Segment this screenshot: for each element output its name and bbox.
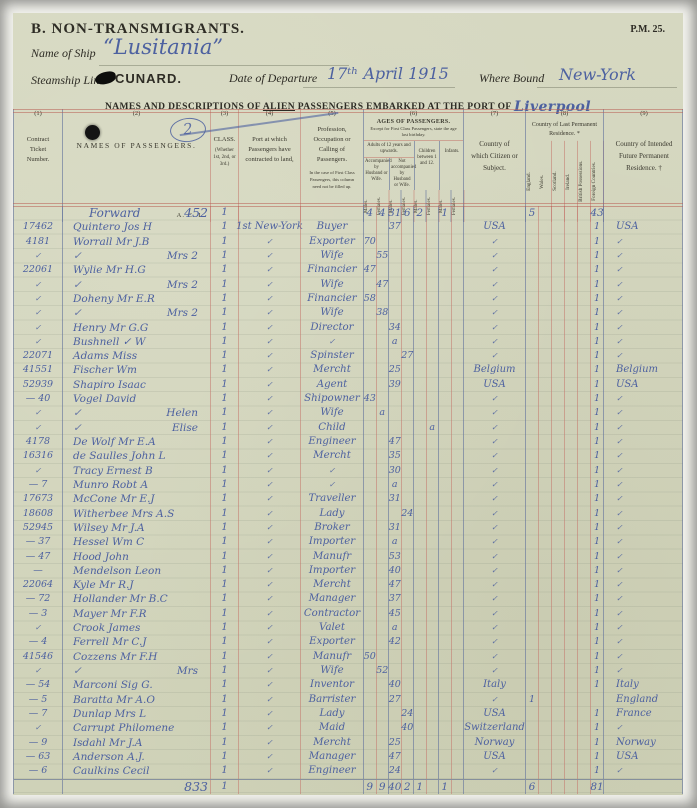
name-cell: Forward452 bbox=[62, 206, 210, 220]
age-cell: 1 bbox=[438, 206, 451, 220]
residence-cell bbox=[551, 621, 564, 635]
age-cell bbox=[376, 621, 389, 635]
name-cell: Marconi Sig G. bbox=[62, 678, 210, 692]
residence-cell bbox=[564, 578, 577, 592]
age-cell bbox=[438, 478, 451, 492]
residence-cell bbox=[538, 335, 551, 349]
profession-cell: Lady bbox=[300, 507, 363, 521]
class-cell: 1 bbox=[210, 478, 238, 492]
age-cell bbox=[426, 306, 439, 320]
residence-cell bbox=[525, 421, 538, 435]
residence-cell bbox=[551, 564, 564, 578]
residence-cell bbox=[564, 750, 577, 764]
age-cell bbox=[413, 249, 426, 263]
residence-cell bbox=[551, 321, 564, 335]
age-cell bbox=[363, 421, 376, 435]
age-cell bbox=[451, 406, 464, 420]
age-cell bbox=[388, 278, 401, 292]
age-cell bbox=[401, 392, 414, 406]
class-cell: 1 bbox=[210, 721, 238, 735]
class-cell: 1 bbox=[210, 363, 238, 377]
residence-cell bbox=[551, 478, 564, 492]
class-cell: 1 bbox=[210, 764, 238, 778]
residence-cell bbox=[551, 392, 564, 406]
port-cell: ✓ bbox=[238, 721, 300, 735]
residence-cell: 81 bbox=[590, 780, 603, 794]
residence-cell bbox=[577, 780, 590, 794]
residence-cell bbox=[538, 378, 551, 392]
age-cell bbox=[426, 249, 439, 263]
citizen-cell bbox=[463, 206, 525, 220]
residence-cell bbox=[564, 507, 577, 521]
age-cell bbox=[401, 550, 414, 564]
port-cell: ✓ bbox=[238, 478, 300, 492]
residence-cell bbox=[577, 635, 590, 649]
age-cell bbox=[413, 621, 426, 635]
ticket-cell: — 72 bbox=[14, 592, 62, 606]
residence-cell bbox=[577, 335, 590, 349]
age-cell bbox=[363, 335, 376, 349]
age-cell bbox=[451, 592, 464, 606]
age-cell bbox=[401, 235, 414, 249]
age-cell bbox=[413, 335, 426, 349]
residence-cell bbox=[551, 635, 564, 649]
age-cell bbox=[413, 707, 426, 721]
age-cell bbox=[426, 607, 439, 621]
residence-cell bbox=[577, 721, 590, 735]
age-cell bbox=[388, 263, 401, 277]
residence-cell bbox=[551, 578, 564, 592]
residence-cell bbox=[577, 707, 590, 721]
citizen-cell: ✓ bbox=[463, 578, 525, 592]
age-cell bbox=[363, 321, 376, 335]
age-cell bbox=[413, 220, 426, 234]
residence-cell: 1 bbox=[590, 550, 603, 564]
residence-cell bbox=[525, 363, 538, 377]
age-cell bbox=[376, 263, 389, 277]
class-cell: 1 bbox=[210, 521, 238, 535]
profession-cell: ✓ bbox=[300, 478, 363, 492]
age-cell bbox=[401, 321, 414, 335]
intended-cell: ✓ bbox=[603, 421, 684, 435]
age-cell bbox=[426, 435, 439, 449]
residence-cell bbox=[538, 435, 551, 449]
age-cell bbox=[451, 206, 464, 220]
residence-cell bbox=[525, 220, 538, 234]
age-cell bbox=[451, 263, 464, 277]
age-cell bbox=[451, 664, 464, 678]
age-cell bbox=[426, 550, 439, 564]
name-cell: ✓Mrs bbox=[62, 664, 210, 678]
residence-cell bbox=[577, 263, 590, 277]
age-cell bbox=[401, 249, 414, 263]
adults-label: Adults of 12 years and upwards. bbox=[364, 141, 414, 158]
intended-cell: ✓ bbox=[603, 607, 684, 621]
residence-cell: 1 bbox=[590, 335, 603, 349]
age-cell bbox=[376, 492, 389, 506]
age-cell bbox=[413, 521, 426, 535]
age-cell bbox=[426, 764, 439, 778]
age-cell: 50 bbox=[363, 650, 376, 664]
age-cell bbox=[438, 235, 451, 249]
age-cell bbox=[451, 392, 464, 406]
age-cell bbox=[401, 578, 414, 592]
table-row: — 37Hessel Wm C1✓Importera✓1✓ bbox=[14, 535, 682, 549]
residence-cell bbox=[551, 507, 564, 521]
age-cell bbox=[401, 435, 414, 449]
class-cell: 1 bbox=[210, 206, 238, 220]
residence-cell bbox=[551, 750, 564, 764]
name-cell: Witherbee Mrs A.S bbox=[62, 507, 210, 521]
residence-cell bbox=[577, 421, 590, 435]
residence-cell: 1 bbox=[590, 678, 603, 692]
residence-cell bbox=[564, 464, 577, 478]
residence-cell bbox=[564, 206, 577, 220]
ticket-cell: — 6 bbox=[14, 764, 62, 778]
age-cell bbox=[438, 693, 451, 707]
table-row: — 47Hood John1✓Manufr53✓1✓ bbox=[14, 550, 682, 564]
ticket-cell: 17673 bbox=[14, 492, 62, 506]
profession-cell: Wife bbox=[300, 664, 363, 678]
age-cell bbox=[363, 449, 376, 463]
residence-cell: 1 bbox=[590, 750, 603, 764]
port-cell: ✓ bbox=[238, 406, 300, 420]
age-cell bbox=[451, 435, 464, 449]
residence-cell bbox=[525, 335, 538, 349]
class-cell: 1 bbox=[210, 621, 238, 635]
residence-cell bbox=[538, 564, 551, 578]
age-cell bbox=[413, 535, 426, 549]
table-row: — 7Dunlap Mrs L1✓Lady24USA1France bbox=[14, 707, 682, 721]
table-row: — 7Munro Robt A1✓✓a✓1✓ bbox=[14, 478, 682, 492]
age-cell bbox=[388, 421, 401, 435]
ticket-cell: ✓ bbox=[14, 621, 62, 635]
age-cell bbox=[363, 535, 376, 549]
age-cell bbox=[413, 764, 426, 778]
name-cell: Hollander Mr B.C bbox=[62, 592, 210, 606]
residence-cell bbox=[525, 664, 538, 678]
red-rule bbox=[13, 112, 683, 113]
citizen-cell: ✓ bbox=[463, 650, 525, 664]
age-cell bbox=[388, 349, 401, 363]
age-cell bbox=[451, 650, 464, 664]
age-cell bbox=[451, 750, 464, 764]
age-cell bbox=[438, 349, 451, 363]
name-cell: Vogel David bbox=[62, 392, 210, 406]
residence-cell bbox=[551, 378, 564, 392]
age-cell bbox=[426, 335, 439, 349]
age-cell bbox=[413, 306, 426, 320]
age-cell: 34 bbox=[388, 321, 401, 335]
residence-cell: 1 bbox=[590, 507, 603, 521]
age-cell bbox=[426, 292, 439, 306]
age-cell bbox=[451, 764, 464, 778]
class-cell: 1 bbox=[210, 306, 238, 320]
residence-cell bbox=[538, 721, 551, 735]
age-cell bbox=[388, 707, 401, 721]
age-cell bbox=[426, 278, 439, 292]
age-cell: 24 bbox=[388, 764, 401, 778]
residence-cell bbox=[564, 392, 577, 406]
residence-cell bbox=[577, 278, 590, 292]
class-cell: 1 bbox=[210, 678, 238, 692]
residence-cell bbox=[551, 607, 564, 621]
ticket-cell: 52945 bbox=[14, 521, 62, 535]
rule-line bbox=[537, 87, 677, 88]
age-cell bbox=[426, 564, 439, 578]
age-cell bbox=[363, 363, 376, 377]
intended-cell: ✓ bbox=[603, 592, 684, 606]
ticket-cell: — 40 bbox=[14, 392, 62, 406]
port-cell: ✓ bbox=[238, 278, 300, 292]
age-cell bbox=[388, 721, 401, 735]
name-cell: Mendelson Leon bbox=[62, 564, 210, 578]
adults-group: Adults of 12 years and upwards. Accompan… bbox=[364, 141, 414, 190]
ages-note: Except for First Class Passengers, state… bbox=[364, 125, 463, 141]
age-cell bbox=[363, 764, 376, 778]
name-cell: ✓Helen bbox=[62, 406, 210, 420]
port-cell: ✓ bbox=[238, 678, 300, 692]
residence-cell: 1 bbox=[590, 421, 603, 435]
citizen-cell: USA bbox=[463, 378, 525, 392]
residence-cell: 1 bbox=[590, 736, 603, 750]
profession-cell: Wife bbox=[300, 306, 363, 320]
residence-cell bbox=[551, 278, 564, 292]
age-cell bbox=[376, 764, 389, 778]
class-cell: 1 bbox=[210, 464, 238, 478]
residence-cell bbox=[525, 535, 538, 549]
intended-cell: Belgium bbox=[603, 363, 684, 377]
profession-cell: Wife bbox=[300, 406, 363, 420]
age-cell bbox=[363, 707, 376, 721]
residence-cell bbox=[577, 564, 590, 578]
name-cell: de Saulles John L bbox=[62, 449, 210, 463]
name-cell: De Wolf Mr E.A bbox=[62, 435, 210, 449]
residence-cell bbox=[577, 764, 590, 778]
residence-cell bbox=[564, 535, 577, 549]
residence-cell bbox=[551, 306, 564, 320]
age-cell bbox=[363, 693, 376, 707]
ship-name-handwritten: “Lusitania” bbox=[103, 35, 223, 59]
age-cell bbox=[451, 693, 464, 707]
residence-cell bbox=[551, 592, 564, 606]
residence-cell bbox=[564, 707, 577, 721]
intended-cell bbox=[603, 780, 684, 794]
age-cell bbox=[363, 635, 376, 649]
intended-cell: USA bbox=[603, 220, 684, 234]
age-cell bbox=[426, 750, 439, 764]
age-cell bbox=[451, 321, 464, 335]
profession-cell: Manufr bbox=[300, 650, 363, 664]
profession-cell: Financier bbox=[300, 292, 363, 306]
residence-cell bbox=[577, 678, 590, 692]
age-cell bbox=[401, 535, 414, 549]
age-cell bbox=[376, 392, 389, 406]
table-row: 4181Worrall Mr J.B1✓Exporter70✓1✓ bbox=[14, 235, 682, 249]
residence-cell bbox=[551, 206, 564, 220]
ticket-cell: — 9 bbox=[14, 736, 62, 750]
age-cell bbox=[413, 664, 426, 678]
port-cell bbox=[238, 780, 300, 794]
port-cell: ✓ bbox=[238, 449, 300, 463]
residence-cell bbox=[590, 693, 603, 707]
residence-cell bbox=[525, 449, 538, 463]
age-cell bbox=[426, 220, 439, 234]
table-row: — 72Hollander Mr B.C1✓Manager37✓1✓ bbox=[14, 592, 682, 606]
rule-line bbox=[303, 87, 455, 88]
age-cell bbox=[426, 363, 439, 377]
intended-cell: Norway bbox=[603, 736, 684, 750]
residence-cell bbox=[525, 736, 538, 750]
name-cell: Hood John bbox=[62, 550, 210, 564]
age-cell: 37 bbox=[388, 592, 401, 606]
ticket-cell: ✓ bbox=[14, 664, 62, 678]
residence-cell bbox=[564, 235, 577, 249]
profession-cell: Manufr bbox=[300, 550, 363, 564]
port-cell: ✓ bbox=[238, 378, 300, 392]
table-row: — 5Baratta Mr A.O1✓Barrister27✓1England bbox=[14, 693, 682, 707]
ticket-cell: 22071 bbox=[14, 349, 62, 363]
residence-cell bbox=[551, 220, 564, 234]
age-cell: 52 bbox=[376, 664, 389, 678]
age-cell: 47 bbox=[376, 278, 389, 292]
table-row: ✓Carrupt Philomene1✓Maid40Switzerland1✓ bbox=[14, 721, 682, 735]
class-cell: 1 bbox=[210, 278, 238, 292]
ticket-cell: — 47 bbox=[14, 550, 62, 564]
age-cell bbox=[438, 736, 451, 750]
class-cell: 1 bbox=[210, 507, 238, 521]
citizen-cell: USA bbox=[463, 750, 525, 764]
residence-cell: 1 bbox=[590, 492, 603, 506]
table-row: ✓✓Helen1✓Wifea✓1✓ bbox=[14, 406, 682, 420]
port-cell bbox=[238, 206, 300, 220]
residence-cell bbox=[525, 650, 538, 664]
residence-cell bbox=[525, 278, 538, 292]
citizen-cell: ✓ bbox=[463, 507, 525, 521]
age-cell bbox=[401, 736, 414, 750]
residence-cell bbox=[564, 721, 577, 735]
age-cell bbox=[451, 378, 464, 392]
residence-cell: 1 bbox=[590, 220, 603, 234]
residence-cell bbox=[551, 449, 564, 463]
citizen-cell: Norway bbox=[463, 736, 525, 750]
residence-cell bbox=[551, 707, 564, 721]
residence-cell bbox=[538, 478, 551, 492]
port-cell: ✓ bbox=[238, 578, 300, 592]
age-cell bbox=[413, 464, 426, 478]
intended-cell: France bbox=[603, 707, 684, 721]
citizen-cell: ✓ bbox=[463, 292, 525, 306]
table-row: — 6Caulkins Cecil1✓Engineer24✓1✓ bbox=[14, 764, 682, 778]
rule-line bbox=[99, 65, 349, 66]
residence-cell bbox=[564, 263, 577, 277]
residence-cell: 1 bbox=[590, 664, 603, 678]
intended-cell: ✓ bbox=[603, 349, 684, 363]
port-cell: ✓ bbox=[238, 435, 300, 449]
intended-cell: ✓ bbox=[603, 550, 684, 564]
citizen-cell: ✓ bbox=[463, 535, 525, 549]
residence-cell bbox=[525, 235, 538, 249]
departure-label: Date of Departure bbox=[229, 71, 317, 86]
age-cell bbox=[438, 220, 451, 234]
residence-cell bbox=[564, 378, 577, 392]
residence-cell bbox=[564, 335, 577, 349]
table-row: 17673McCone Mr E.J1✓Traveller31✓1✓ bbox=[14, 492, 682, 506]
age-cell bbox=[438, 335, 451, 349]
residence-cell: 1 bbox=[525, 693, 538, 707]
residence-cell bbox=[551, 349, 564, 363]
age-cell bbox=[438, 421, 451, 435]
age-cell bbox=[413, 564, 426, 578]
age-cell bbox=[401, 764, 414, 778]
residence-cell: 43 bbox=[590, 206, 603, 220]
port-cell: ✓ bbox=[238, 592, 300, 606]
age-cell bbox=[363, 249, 376, 263]
residence-cell bbox=[564, 664, 577, 678]
age-cell bbox=[376, 592, 389, 606]
age-cell bbox=[451, 421, 464, 435]
class-cell: 1 bbox=[210, 664, 238, 678]
residence-cell bbox=[551, 249, 564, 263]
residence-cell: 1 bbox=[590, 321, 603, 335]
table-row: 52939Shapiro Isaac1✓Agent39USA1USA bbox=[14, 378, 682, 392]
citizen-cell: Switzerland bbox=[463, 721, 525, 735]
citizen-cell: ✓ bbox=[463, 550, 525, 564]
port-cell: ✓ bbox=[238, 707, 300, 721]
passenger-table: (1) Contract Ticket Number. (2) NAMES OF… bbox=[13, 109, 683, 794]
residence-cell bbox=[525, 507, 538, 521]
age-cell bbox=[363, 435, 376, 449]
ticket-cell: 52939 bbox=[14, 378, 62, 392]
class-cell: 1 bbox=[210, 406, 238, 420]
citizen-cell: ✓ bbox=[463, 306, 525, 320]
profession-cell: Financier bbox=[300, 263, 363, 277]
citizen-cell: ✓ bbox=[463, 664, 525, 678]
age-cell: 55 bbox=[376, 249, 389, 263]
residence-cell bbox=[577, 206, 590, 220]
age-cell bbox=[376, 292, 389, 306]
age-cell bbox=[413, 321, 426, 335]
residence-cell bbox=[577, 578, 590, 592]
table-row: —Mendelson Leon1✓Importer40✓1✓ bbox=[14, 564, 682, 578]
residence-cell bbox=[577, 435, 590, 449]
residence-cell bbox=[551, 421, 564, 435]
age-cell bbox=[413, 736, 426, 750]
profession-cell: Spinster bbox=[300, 349, 363, 363]
age-cell bbox=[376, 607, 389, 621]
table-row: — 40Vogel David1✓Shipowner43✓1✓ bbox=[14, 392, 682, 406]
scanned-page: B. NON-TRANSMIGRANTS. P.M. 25. Name of S… bbox=[0, 0, 697, 808]
residence-cell bbox=[577, 492, 590, 506]
residence-cell bbox=[564, 306, 577, 320]
intended-cell: ✓ bbox=[603, 449, 684, 463]
intended-cell: ✓ bbox=[603, 306, 684, 320]
age-cell bbox=[438, 363, 451, 377]
port-cell: ✓ bbox=[238, 664, 300, 678]
residence-cell bbox=[538, 521, 551, 535]
residence-cell bbox=[525, 721, 538, 735]
class-cell: 1 bbox=[210, 321, 238, 335]
residence-cell bbox=[564, 764, 577, 778]
residence-cell bbox=[538, 349, 551, 363]
infants-label: Infants. bbox=[439, 141, 464, 190]
citizen-cell: ✓ bbox=[463, 478, 525, 492]
age-cell bbox=[376, 521, 389, 535]
age-cell: 1 bbox=[438, 780, 451, 794]
age-cell bbox=[376, 564, 389, 578]
residence-cell: 6 bbox=[525, 780, 538, 794]
residence-cell bbox=[525, 764, 538, 778]
